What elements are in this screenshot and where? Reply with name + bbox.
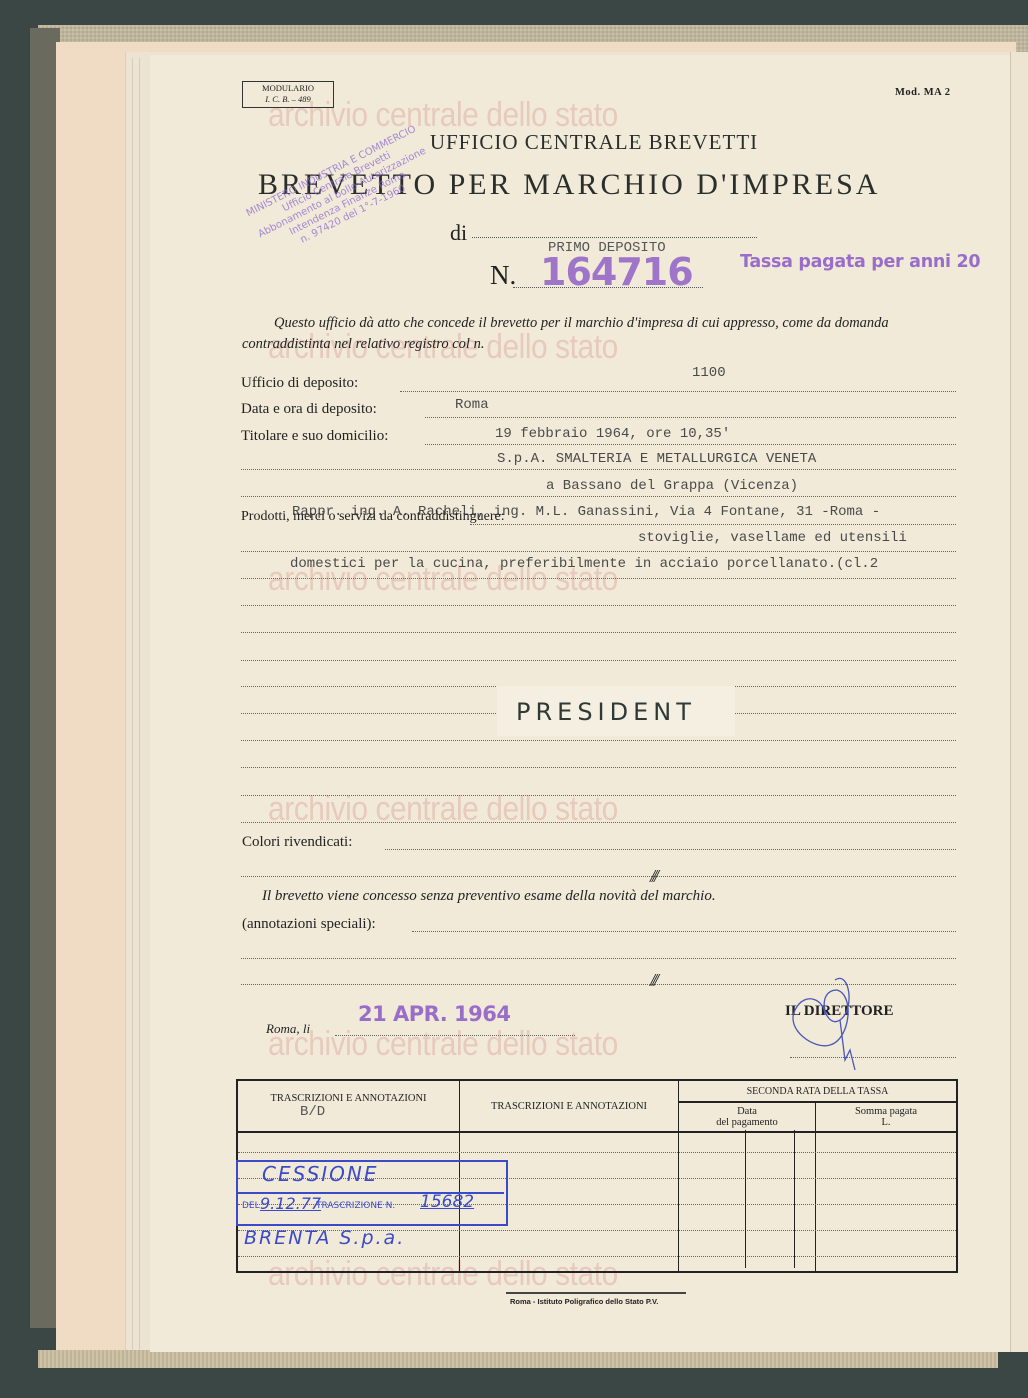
header-text: Somma pagata <box>816 1106 956 1117</box>
header-text: TRASCRIZIONI E ANNOTAZIONI <box>238 1093 459 1104</box>
binding-cloth-bottom <box>38 1350 998 1368</box>
issue-date-stamp: 21 APR. 1964 <box>358 1002 510 1026</box>
cession-assignee: BRENTA S.p.a. <box>244 1227 405 1249</box>
field-line <box>385 849 956 850</box>
col-header-trascrizioni-1: TRASCRIZIONI E ANNOTAZIONI B/D <box>237 1080 460 1132</box>
cession-trascrizione-label: TRASCRIZIONE N. <box>316 1201 395 1211</box>
col-header-somma-pagata: Somma pagata L. <box>816 1102 958 1132</box>
table-subcol <box>794 1130 795 1268</box>
null-marks: /// <box>650 866 656 887</box>
table-line <box>238 1152 956 1153</box>
field-line <box>425 417 956 418</box>
bd-note: B/D <box>238 1104 459 1120</box>
field-line <box>241 740 956 741</box>
data-value: 19 febbraio 1964, ore 10,35' <box>495 426 730 442</box>
modulario-label: MODULARIO <box>243 83 333 94</box>
register-cell <box>816 1132 958 1272</box>
cession-date: 9.12.77 <box>260 1194 321 1213</box>
field-line <box>241 469 956 470</box>
titolare-label: Titolare e suo domicilio: <box>241 428 388 445</box>
colori-label: Colori rivendicati: <box>242 834 352 851</box>
patent-number: 164716 <box>540 250 693 294</box>
col-header-seconda-rata: SECONDA RATA DELLA TASSA <box>679 1080 958 1102</box>
modulario-box: MODULARIO I. C. B. – 489 <box>242 81 334 108</box>
concession-text: Il brevetto viene concesso senza prevent… <box>262 888 716 905</box>
table-line <box>238 1256 956 1257</box>
titolare-line2: a Bassano del Grappa (Vicenza) <box>546 478 798 494</box>
place-label: Roma, li <box>266 1021 310 1037</box>
table-subcol <box>745 1130 746 1268</box>
date-field-line <box>335 1035 575 1036</box>
prodotti-line1: stoviglie, vasellame ed utensili <box>638 530 907 546</box>
ufficio-label: Ufficio di deposito: <box>241 375 358 392</box>
field-line <box>241 632 956 633</box>
archive-watermark: archivio centrale dello stato <box>268 1025 618 1064</box>
cession-number: 15682 <box>420 1192 474 1212</box>
register-number: 1100 <box>692 365 726 381</box>
field-line <box>241 551 956 552</box>
data-label: Data e ora di deposito: <box>241 401 377 418</box>
titolare-line1: S.p.A. SMALTERIA E METALLURGICA VENETA <box>497 451 816 467</box>
tax-paid-stamp: Tassa pagata per anni 20 <box>740 252 980 272</box>
field-line <box>241 496 956 497</box>
field-line <box>241 578 956 579</box>
header-text: del pagamento <box>679 1117 815 1128</box>
modulario-code: I. C. B. – 489 <box>243 94 333 105</box>
field-line <box>241 795 956 796</box>
field-line <box>241 605 956 606</box>
director-signature <box>755 950 885 1080</box>
cession-del-label: DEL <box>242 1201 260 1211</box>
field-line <box>412 931 956 932</box>
annotazioni-label: (annotazioni speciali): <box>242 916 376 933</box>
di-label: di <box>450 220 467 246</box>
prodotti-label: Prodotti, merci o servizi da contraddist… <box>241 509 505 525</box>
field-line <box>241 767 956 768</box>
field-line <box>241 876 956 877</box>
null-marks: /// <box>650 970 656 991</box>
field-line <box>241 822 956 823</box>
field-line <box>400 391 956 392</box>
footer-rule <box>506 1292 686 1294</box>
col-header-data-pagamento: Data del pagamento <box>679 1102 816 1132</box>
printer-footer: Roma - Istituto Poligrafico dello Stato … <box>510 1297 658 1306</box>
prodotti-line2: domestici per la cucina, preferibilmente… <box>290 556 878 572</box>
ufficio-value: Roma <box>455 397 489 413</box>
col-header-trascrizioni-2: TRASCRIZIONI E ANNOTAZIONI <box>460 1080 679 1132</box>
field-line <box>470 524 956 525</box>
model-code: Mod. MA 2 <box>895 87 951 98</box>
cession-title: CESSIONE <box>262 1162 379 1186</box>
office-heading: UFFICIO CENTRALE BREVETTI <box>0 130 1028 155</box>
intro-text: Questo ufficio dà atto che concede il br… <box>242 313 962 355</box>
field-line <box>425 444 956 445</box>
next-page-edge <box>1010 52 1028 1352</box>
field-line <box>241 660 956 661</box>
header-text: L. <box>816 1117 956 1128</box>
di-field-line <box>472 237 757 238</box>
trademark-name: PRESIDENT <box>516 698 696 726</box>
header-text: Data <box>679 1106 815 1117</box>
